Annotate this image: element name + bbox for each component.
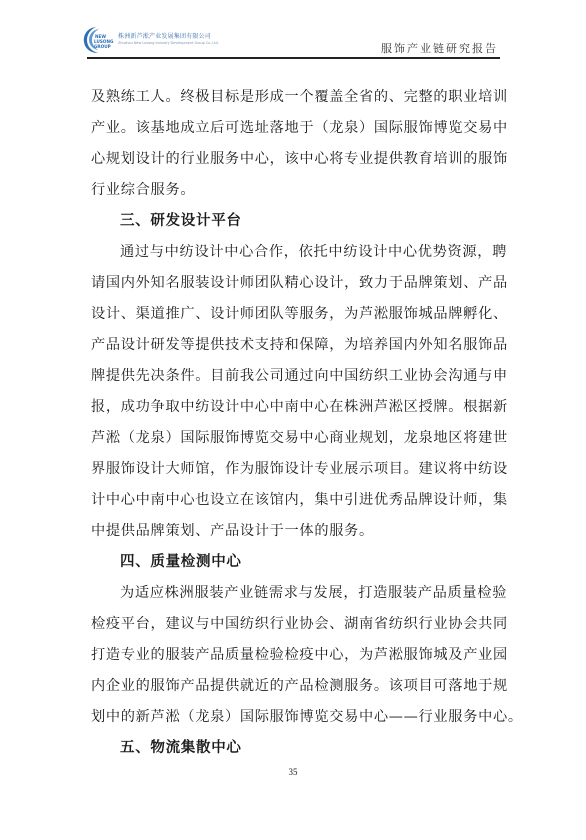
body-line: 请国内外知名服装设计师团队精心设计，致力于品牌策划、产品 [91, 268, 497, 299]
body-line: 检疫平台，建议与中国纺织行业协会、湖南省纺织行业协会共同 [91, 609, 497, 640]
body-line: 产品设计研发等提供技术支持和保障，为培养国内外知名服饰品 [91, 330, 497, 361]
body-line: 通过与中纺设计中心合作，依托中纺设计中心优势资源，聘 [91, 237, 497, 268]
body-line: 划中的新芦淞（龙泉）国际服饰博览交易中心——行业服务中心。 [91, 702, 497, 733]
body-line: 界服饰设计大师馆，作为服饰设计专业展示项目。建议将中纺设 [91, 454, 497, 485]
body-line: 牌提供先决条件。目前我公司通过向中国纺织工业协会沟通与申 [91, 361, 497, 392]
svg-text:GROUP: GROUP [94, 44, 111, 49]
body-line: 芦淞（龙泉）国际服饰博览交易中心商业规划，龙泉地区将建世 [91, 423, 497, 454]
section-heading: 三、研发设计平台 [91, 206, 497, 237]
body-line: 打造专业的服装产品质量检验检疫中心，为芦淞服饰城及产业园 [91, 640, 497, 671]
body-line: 中提供品牌策划、产品设计于一体的服务。 [91, 516, 497, 547]
header-divider [87, 57, 500, 59]
body-line: 产业。该基地成立后可选址落地于（龙泉）国际服饰博览交易中 [91, 113, 497, 144]
company-name-cn: 株洲新芦淞产业发展集团有限公司 [118, 31, 219, 40]
page-number: 35 [0, 767, 586, 777]
report-title: 服饰产业链研究报告 [381, 40, 498, 56]
body-line: 报，成功争取中纺设计中心中南中心在株洲芦淞区授牌。根据新 [91, 392, 497, 423]
body-line: 及熟练工人。终极目标是形成一个覆盖全省的、完整的职业培训 [91, 82, 497, 113]
document-body: 及熟练工人。终极目标是形成一个覆盖全省的、完整的职业培训 产业。该基地成立后可选… [91, 82, 497, 764]
body-line: 为适应株洲服装产业链需求与发展，打造服装产品质量检验 [91, 578, 497, 609]
company-name-en: Zhuzhou New Lusong Industry Development … [118, 41, 219, 45]
body-line: 心规划设计的行业服务中心，该中心将专业提供教育培训的服饰 [91, 144, 497, 175]
body-line: 内企业的服饰产品提供就近的产品检测服务。该项目可落地于规 [91, 671, 497, 702]
page-header: NEW LUSONG GROUP 株洲新芦淞产业发展集团有限公司 Zhuzhou… [0, 0, 586, 62]
body-line: 设计、渠道推广、设计师团队等服务，为芦淞服饰城品牌孵化、 [91, 299, 497, 330]
body-line: 计中心中南中心也设立在该馆内，集中引进优秀品牌设计师，集 [91, 485, 497, 516]
company-name: 株洲新芦淞产业发展集团有限公司 Zhuzhou New Lusong Indus… [118, 31, 219, 45]
section-heading: 五、物流集散中心 [91, 733, 497, 764]
body-line: 行业综合服务。 [91, 175, 497, 206]
section-heading: 四、质量检测中心 [91, 547, 497, 578]
company-logo-icon: NEW LUSONG GROUP [82, 26, 116, 54]
